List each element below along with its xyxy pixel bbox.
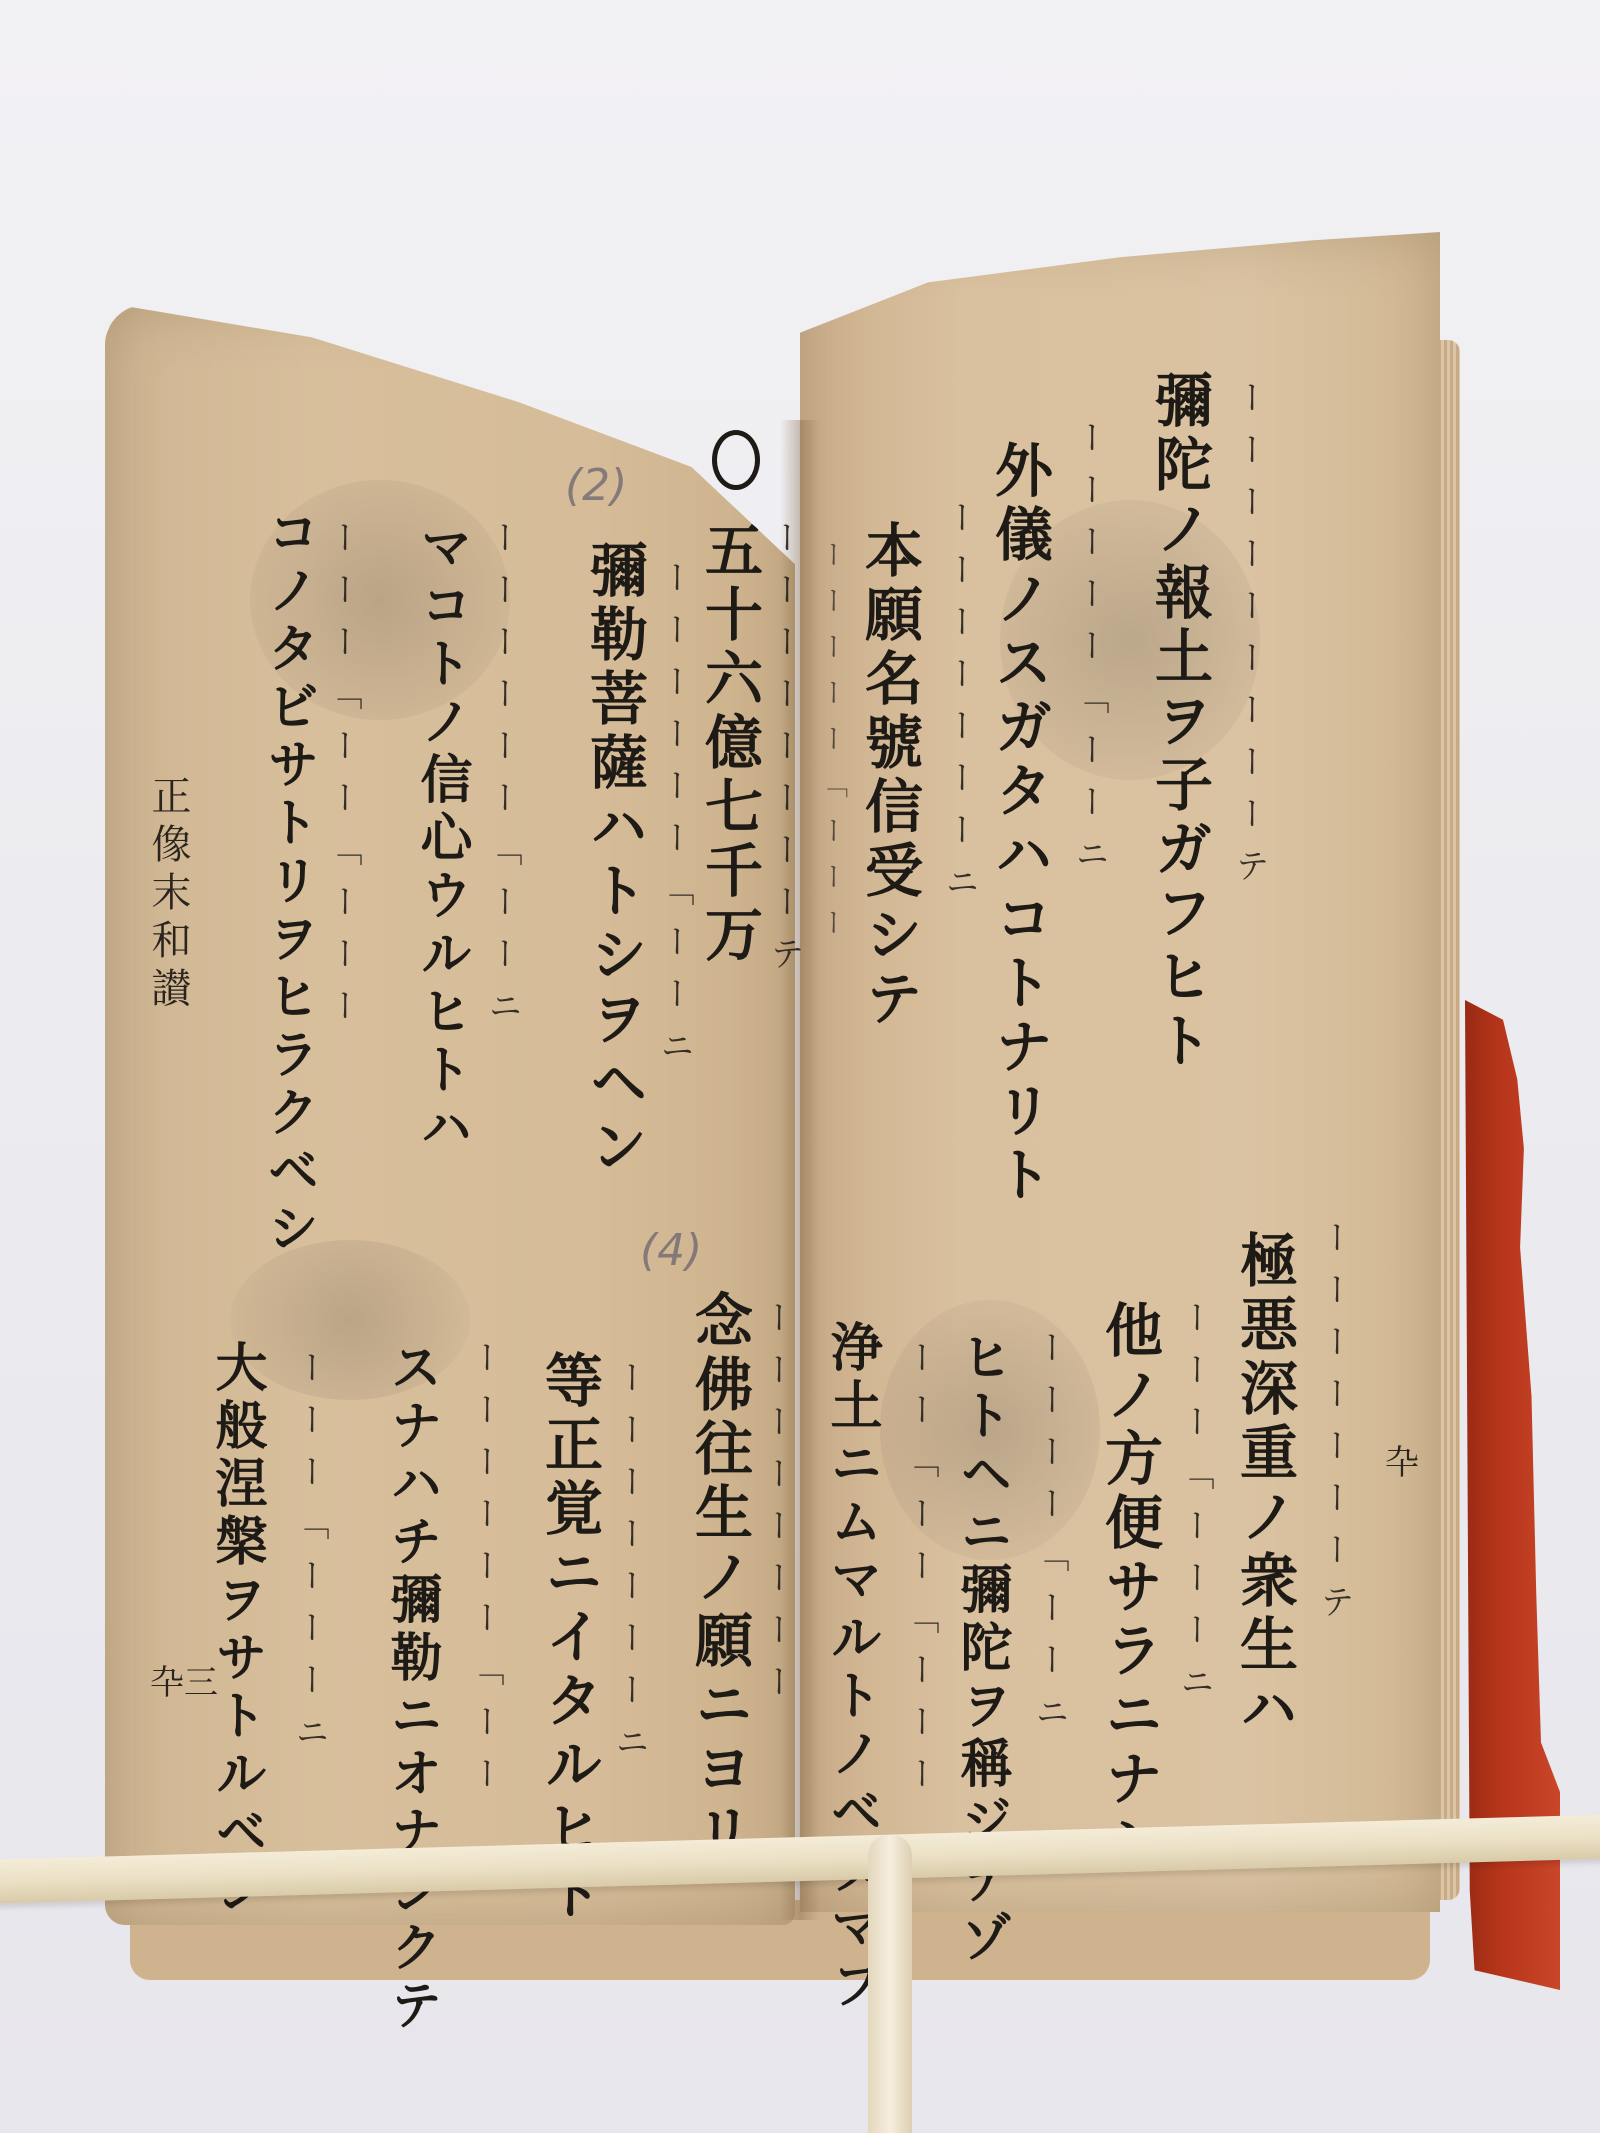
verse-column: 念佛往生ノ願ニヨリ	[690, 1290, 748, 1866]
chant-marks: ーーーーー「ーーニ	[1065, 420, 1114, 888]
verse-column: 大般涅槃ヲサトルベシ	[210, 1340, 262, 1920]
chant-marks: ーーーーーーーニ	[605, 1360, 654, 1776]
circle-verse-marker	[712, 430, 760, 490]
pencil-verse-number: (2)	[565, 460, 627, 511]
verse-column: 他ノ方便サラニナシ	[1100, 1300, 1158, 1876]
page-folio-number: 卆三	[150, 1655, 218, 1704]
chant-marks: ーーーーーーーーテ	[760, 520, 809, 988]
pencil-verse-number: (4)	[640, 1225, 702, 1276]
chant-marks: ーーーー「ーーニ	[1025, 1330, 1074, 1746]
verse-column: 極悪深重ノ衆生ハ	[1235, 1230, 1293, 1742]
chant-marks: ーーーーーーーーーテ	[1225, 380, 1274, 900]
running-title: 正像末和讃	[140, 775, 197, 1015]
chant-marks: ーーーーーー「ーー	[460, 1340, 509, 1808]
page-folio-number: 卆	[1385, 1435, 1419, 1484]
chant-marks: ーーーーーーーニ	[935, 500, 984, 916]
chant-marks: ーーー「ーーーニ	[285, 1350, 334, 1766]
chant-marks: ーーーーーー「ーーニ	[478, 520, 527, 1040]
verse-column: 五十六億七千万	[700, 520, 758, 968]
chant-marks: ーーーーー「ーーー	[812, 540, 852, 954]
chant-marks: ーー「ーー「ーーー	[895, 1340, 944, 1808]
verse-column: コノタビサトリヲヒラクベシ	[262, 505, 314, 1259]
chant-marks: ーーーーーー「ーーニ	[650, 560, 699, 1080]
verse-column: マコトノ信心ウルヒトハ	[415, 520, 467, 1158]
verse-column: 彌陀ノ報土ヲ子ガフヒト	[1150, 370, 1208, 1074]
verse-column: 外儀ノスガタハコトナリト	[990, 440, 1048, 1208]
verse-column: 等正覚ニイタルヒト	[540, 1350, 598, 1926]
verse-column: スナハチ彌勒ニオナジクテ	[385, 1340, 437, 2036]
photo-scene: (2) 五十六億七千万 ーーーーーーーーテ 彌勒菩薩ハトシヲヘン ーーーーーー「…	[0, 0, 1600, 2133]
chant-marks: ーーー「ーーーニ	[1170, 1300, 1219, 1716]
verse-column: 彌勒菩薩ハトシヲヘン	[585, 540, 643, 1180]
chant-marks: ーーー「ーー「ーーー	[318, 520, 367, 1040]
verse-column: 本願名號信受シテ	[860, 520, 918, 1032]
chant-marks: ーーーーーーーー	[752, 1300, 801, 1716]
stand-vertical-rod	[868, 1835, 912, 2133]
chant-marks: ーーーーーーーテ	[1310, 1220, 1359, 1636]
